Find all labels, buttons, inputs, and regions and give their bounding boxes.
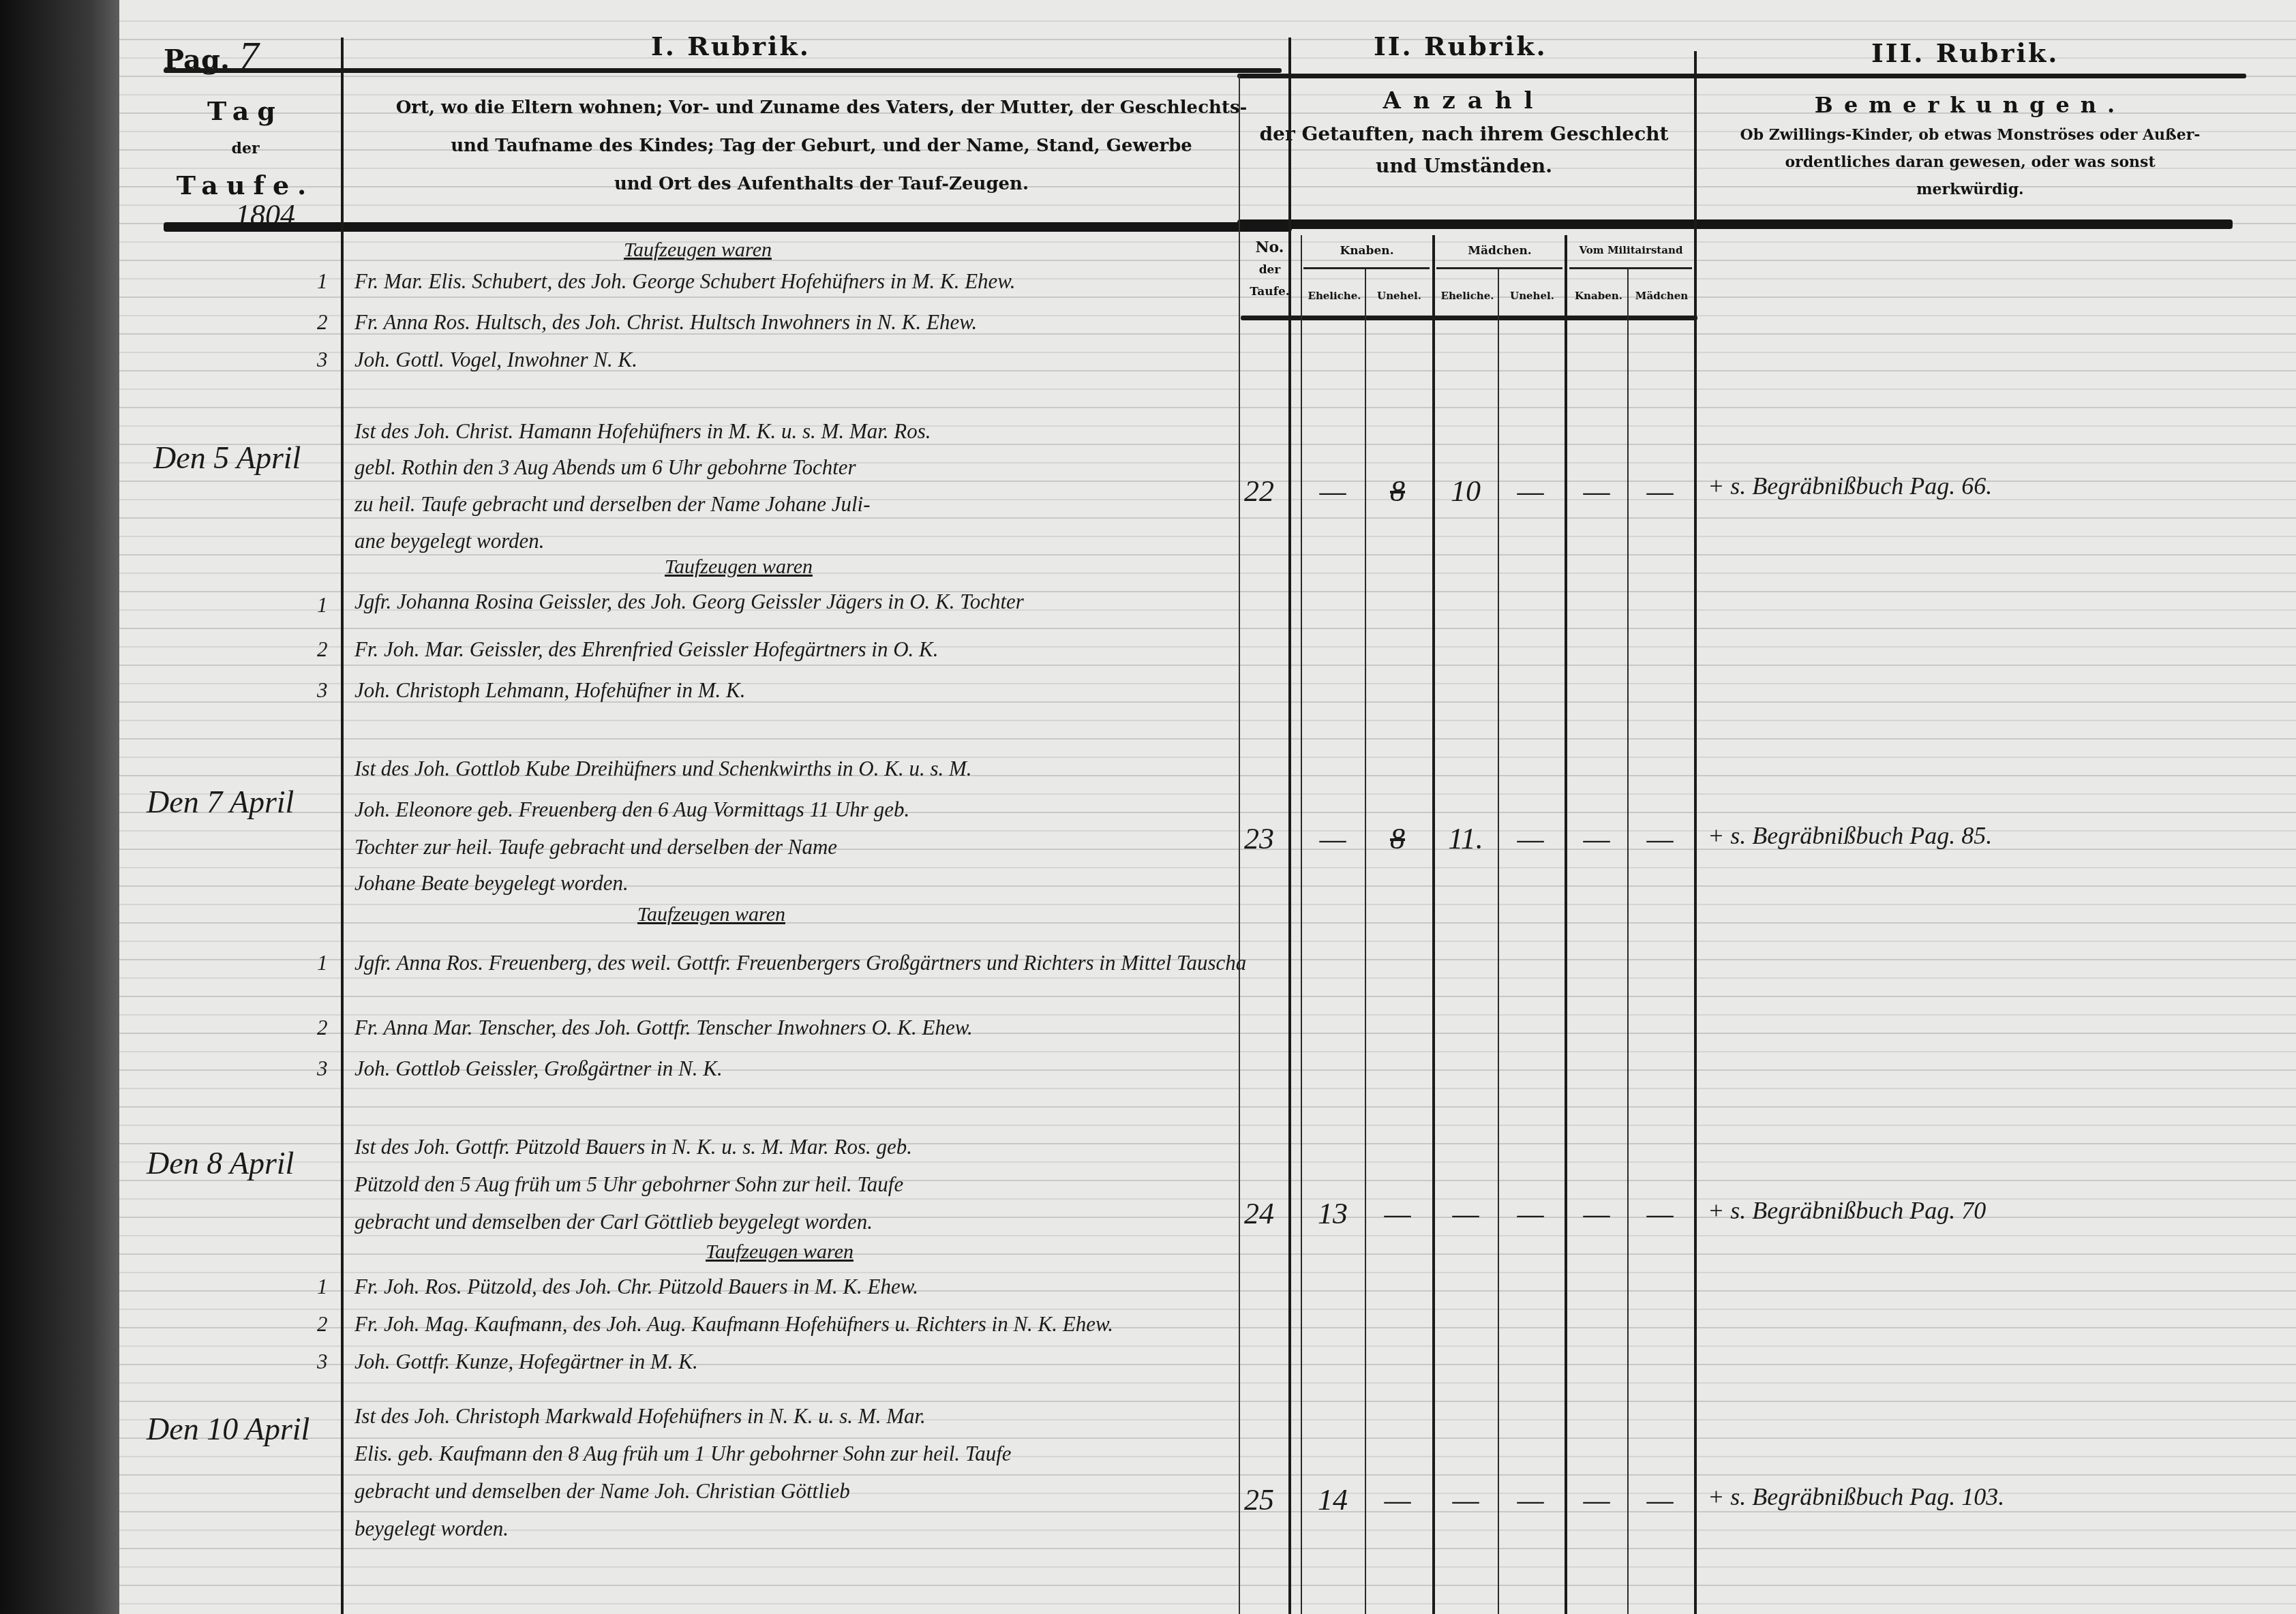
count-maedchen-ehel: 10: [1435, 474, 1496, 508]
col-divider-rubrik1: [1288, 37, 1291, 1614]
ruling-line: [119, 1272, 2296, 1273]
witness-line: Fr. Joh. Mar. Geissler, des Ehrenfried G…: [354, 637, 938, 662]
ruling-line: [119, 296, 2296, 298]
header-top-rule-right: [1237, 74, 2246, 78]
ruling-line: [119, 204, 2296, 206]
witness-number: 1: [317, 951, 328, 975]
baptism-date: Den 7 April: [147, 784, 294, 820]
count-mil-maedchen: —: [1629, 821, 1691, 856]
count-knaben-ehel: —: [1302, 821, 1363, 856]
rubrik-1-title: I. Rubrik.: [651, 31, 811, 61]
ruling-line: [119, 573, 2296, 574]
entry-text-line: ane beygelegt worden.: [354, 529, 545, 553]
ruling-line: [119, 996, 2296, 997]
col-knaben-header: Knaben.: [1302, 244, 1432, 258]
count-knaben-unehel: —: [1367, 1196, 1428, 1231]
ruling-line: [119, 1309, 2296, 1310]
ruling-line: [119, 665, 2296, 666]
ruling-line: [119, 628, 2296, 629]
entry-text-line: Elis. geb. Kaufmann den 8 Aug früh um 1 …: [354, 1442, 1012, 1466]
col-divider-rubrik2-left: [1239, 75, 1240, 1614]
col-divider-militaer-split: [1627, 269, 1629, 1614]
header-bottom-rule-right: [1237, 219, 2233, 229]
count-mil-knaben: —: [1566, 821, 1627, 856]
maedchen-split-rule: [1436, 267, 1562, 269]
tag-der-taufe-header: Tag der Taufe.: [164, 95, 327, 200]
witness-number: 2: [317, 1312, 328, 1337]
witness-line: Joh. Gottfr. Kunze, Hofegärtner in M. K.: [354, 1350, 698, 1374]
baptism-date: Den 8 April: [147, 1145, 294, 1181]
witness-line: Joh. Christoph Lehmann, Hofehüfner in M.…: [354, 678, 746, 703]
count-mil-knaben: —: [1566, 1482, 1627, 1517]
ruling-line: [119, 1474, 2296, 1476]
entry-text-line: Ist des Joh. Gottlob Kube Dreihüfners un…: [354, 757, 972, 781]
count-mil-maedchen: —: [1629, 1482, 1691, 1517]
count-maedchen-unehel: —: [1500, 1482, 1561, 1517]
ruling-line: [119, 1235, 2296, 1236]
col-divider-militaer: [1565, 235, 1567, 1614]
ruling-line: [119, 1345, 2296, 1347]
witness-line: Fr. Mar. Elis. Schubert, des Joh. George…: [354, 269, 1015, 294]
ruling-line: [119, 1161, 2296, 1163]
baptism-date: Den 10 April: [147, 1411, 309, 1447]
ruling-line: [119, 1106, 2296, 1108]
count-maedchen-unehel: —: [1500, 474, 1561, 508]
witness-number: 3: [317, 348, 328, 372]
entry-text-line: Ist des Joh. Christ. Hamann Hofehüfners …: [354, 419, 931, 444]
ruling-line: [119, 738, 2296, 740]
remark-burial-reference: + s. Begräbnißbuch Pag. 70: [1708, 1196, 1986, 1225]
count-knaben-ehel: 14: [1302, 1482, 1363, 1517]
entry-text-line: gebl. Rothin den 3 Aug Abends um 6 Uhr g…: [354, 455, 856, 480]
subheader-rule: [1241, 316, 1697, 320]
rubrik-1-description: Ort, wo die Eltern wohnen; Vor- und Zuna…: [354, 89, 1288, 203]
witness-number: 1: [317, 593, 328, 618]
witness-number: 1: [317, 1275, 328, 1299]
entry-text-line: Ist des Joh. Gottfr. Pützold Bauers in N…: [354, 1135, 912, 1159]
witness-line: Joh. Gottl. Vogel, Inwohner N. K.: [354, 348, 637, 372]
ruling-line: [119, 407, 2296, 408]
ruling-line: [119, 1088, 2296, 1089]
witness-number: 3: [317, 1350, 328, 1374]
witness-number: 3: [317, 678, 328, 703]
col-divider-tag: [341, 37, 344, 1614]
witness-line: Joh. Gottlob Geissler, Großgärtner in N.…: [354, 1056, 723, 1081]
rubrik-2-description: Anzahl der Getauften, nach ihrem Geschle…: [1237, 87, 1691, 177]
col-maedchen-header: Mädchen.: [1435, 244, 1565, 258]
col-divider-knaben: [1365, 269, 1366, 1614]
ruling-line: [119, 1253, 2296, 1255]
pre-witness-heading: Taufzeugen waren: [624, 239, 772, 262]
col-knaben-ehel: Eheliche.: [1302, 290, 1367, 302]
col-maedchen-unehel: Unehel.: [1500, 290, 1565, 302]
witness-heading: Taufzeugen waren: [637, 903, 785, 926]
count-maedchen-ehel: —: [1435, 1482, 1496, 1517]
count-knaben-unehel: 8: [1367, 821, 1428, 856]
rubrik-3-description: Bemerkungen. Ob Zwillings-Kinder, ob etw…: [1701, 92, 2239, 198]
ruling-line: [119, 20, 2296, 22]
baptism-number: 23: [1244, 821, 1274, 856]
ruling-line: [119, 720, 2296, 721]
count-mil-knaben: —: [1566, 474, 1627, 508]
col-militaer-header: Vom Militairstand: [1568, 244, 1694, 256]
entry-text-line: beygelegt worden.: [354, 1517, 509, 1541]
ruling-line: [119, 1585, 2296, 1586]
baptism-number: 22: [1244, 474, 1274, 508]
col-knaben-unehel: Unehel.: [1367, 290, 1432, 302]
entry-text-line: Tochter zur heil. Taufe gebracht und der…: [354, 835, 837, 859]
knaben-split-rule: [1303, 267, 1430, 269]
entry-text-line: zu heil. Taufe gebracht und derselben de…: [354, 492, 871, 517]
ruling-line: [119, 1382, 2296, 1384]
col-divider-rubrik3: [1694, 51, 1697, 1614]
count-maedchen-unehel: —: [1500, 1196, 1561, 1231]
remark-burial-reference: + s. Begräbnißbuch Pag. 103.: [1708, 1482, 2004, 1511]
header-top-rule: [164, 68, 1282, 73]
ruling-line: [119, 1437, 2296, 1439]
register-page: Pag. 7 Tag der Taufe. 1804 I. Rubrik. Or…: [119, 0, 2296, 1614]
ruling-line: [119, 1401, 2296, 1402]
col-mil-maedchen: Mädchen: [1629, 290, 1694, 302]
witness-line: Fr. Anna Ros. Hultsch, des Joh. Christ. …: [354, 310, 977, 335]
witness-line: Jgfr. Anna Ros. Freuenberg, des weil. Go…: [354, 951, 1246, 975]
ruling-line: [119, 977, 2296, 979]
ruling-line: [119, 241, 2296, 243]
ruling-line: [119, 1548, 2296, 1549]
ruling-line: [119, 1125, 2296, 1126]
witness-heading: Taufzeugen waren: [665, 555, 813, 579]
col-divider-maedchen-split: [1498, 269, 1499, 1614]
ruling-line: [119, 941, 2296, 942]
baptism-date: Den 5 April: [153, 440, 301, 476]
rubrik-3-title: III. Rubrik.: [1871, 37, 2059, 68]
entry-text-line: Joh. Eleonore geb. Freuenberg den 6 Aug …: [354, 797, 909, 822]
ruling-line: [119, 1511, 2296, 1512]
witness-line: Fr. Joh. Mag. Kaufmann, des Joh. Aug. Ka…: [354, 1312, 1113, 1337]
remark-burial-reference: + s. Begräbnißbuch Pag. 66.: [1708, 472, 1992, 500]
witness-number: 3: [317, 1056, 328, 1081]
count-knaben-ehel: 13: [1302, 1196, 1363, 1231]
ruling-line: [119, 793, 2296, 795]
entry-text-line: Ist des Joh. Christoph Markwald Hofehüfn…: [354, 1404, 926, 1429]
count-mil-maedchen: —: [1629, 1196, 1691, 1231]
entry-text-line: Pützold den 5 Aug früh um 5 Uhr gebohrne…: [354, 1172, 903, 1197]
witness-number: 2: [317, 637, 328, 662]
witness-heading: Taufzeugen waren: [706, 1240, 854, 1264]
count-maedchen-unehel: —: [1500, 821, 1561, 856]
count-knaben-unehel: 8: [1367, 474, 1428, 508]
ruling-line: [119, 922, 2296, 924]
count-mil-maedchen: —: [1629, 474, 1691, 508]
ruling-line: [119, 260, 2296, 261]
entry-text-line: Johane Beate beygelegt worden.: [354, 871, 629, 896]
col-maedchen-ehel: Eheliche.: [1435, 290, 1500, 302]
header-bottom-rule-left: [164, 222, 1292, 232]
ruling-line: [119, 904, 2296, 905]
witness-line: Fr. Joh. Ros. Pützold, des Joh. Chr. Püt…: [354, 1275, 918, 1299]
witness-number: 1: [317, 269, 328, 294]
col-mil-knaben: Knaben.: [1568, 290, 1629, 302]
witness-number: 2: [317, 1016, 328, 1040]
col-divider-maedchen: [1432, 235, 1435, 1614]
ruling-line: [119, 867, 2296, 868]
ruling-line: [119, 1566, 2296, 1568]
ruling-line: [119, 517, 2296, 519]
ruling-line: [119, 389, 2296, 390]
witness-number: 2: [317, 310, 328, 335]
witness-line: Jgfr. Johanna Rosina Geissler, des Joh. …: [354, 590, 1024, 614]
count-mil-knaben: —: [1566, 1196, 1627, 1231]
count-knaben-ehel: —: [1302, 474, 1363, 508]
entry-text-line: gebracht und demselben der Carl Göttlieb…: [354, 1210, 873, 1234]
remark-burial-reference: + s. Begräbnißbuch Pag. 85.: [1708, 821, 1992, 850]
entry-text-line: gebracht und demselben der Name Joh. Chr…: [354, 1479, 850, 1504]
count-knaben-unehel: —: [1367, 1482, 1428, 1517]
ruling-line: [119, 554, 2296, 555]
baptism-number: 24: [1244, 1196, 1274, 1231]
ruling-line: [119, 444, 2296, 445]
count-maedchen-ehel: 11.: [1435, 821, 1496, 856]
count-maedchen-ehel: —: [1435, 1196, 1496, 1231]
witness-line: Fr. Anna Mar. Tenscher, des Joh. Gottfr.…: [354, 1016, 973, 1040]
book-binding: [0, 0, 130, 1614]
militaer-split-rule: [1569, 267, 1692, 269]
col-divider-no: [1301, 235, 1302, 1614]
ruling-line: [119, 1051, 2296, 1052]
ruling-line: [119, 1603, 2296, 1604]
baptism-number: 25: [1244, 1482, 1274, 1517]
rubrik-2-title: II. Rubrik.: [1374, 31, 1547, 61]
